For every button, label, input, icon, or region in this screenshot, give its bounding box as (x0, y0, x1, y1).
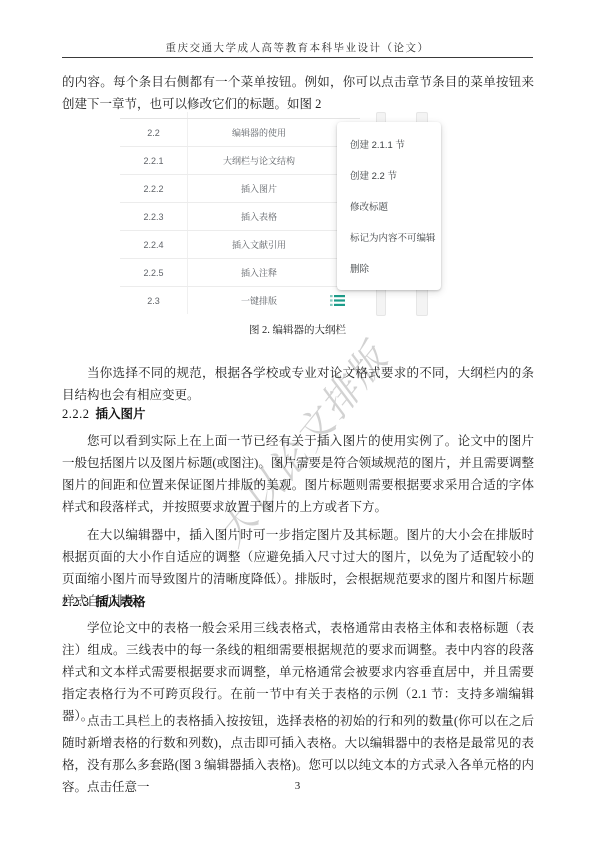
section-heading-223: 2.2.3插入表格 (62, 592, 534, 610)
outline-number: 2.2 (120, 119, 188, 146)
paragraph-intro: 的内容。每个条目右侧都有一个菜单按钮。例如，你可以点击章节条目的菜单按钮来创建下… (62, 71, 534, 115)
section-title: 插入图片 (96, 407, 146, 421)
document-page: 大以论文排版 重庆交通大学成人高等教育本科毕业设计（论文） 的内容。每个条目右侧… (0, 0, 595, 842)
section-number: 2.2.3 (62, 595, 90, 609)
header-title: 重庆交通大学成人高等教育本科毕业设计（论文） (0, 40, 595, 55)
outline-number: 2.2.3 (120, 203, 188, 230)
menu-item-create-section: 创建 2.2 节 (337, 168, 441, 182)
outline-row: 2.2.5 插入注释 (120, 259, 360, 287)
figure-outline-screenshot: 2.2 编辑器的使用 2.2.1 大纲栏与论文结构 2.2.2 插入图片 2.2… (118, 112, 490, 320)
outline-row: 2.2.2 插入图片 (120, 175, 360, 203)
figure-caption: 图 2. 编辑器的大纲栏 (0, 322, 595, 337)
outline-title: 插入注释 (188, 266, 330, 279)
menu-item-mark-readonly: 标记为内容不可编辑 (337, 230, 441, 244)
page-number: 3 (0, 780, 595, 792)
outline-title: 插入图片 (188, 182, 330, 195)
outline-row: 2.2.1 大纲栏与论文结构 (120, 147, 360, 175)
outline-row: 2.2 编辑器的使用 (120, 119, 360, 147)
menu-item-create-subsection: 创建 2.1.1 节 (337, 137, 441, 151)
outline-row: 2.3 一键排版 (120, 287, 360, 314)
outline-title: 插入文献引用 (188, 238, 330, 251)
menu-item-rename: 修改标题 (337, 199, 441, 213)
format-list-icon (330, 295, 360, 306)
context-menu: 创建 2.1.1 节 创建 2.2 节 修改标题 标记为内容不可编辑 删除 (337, 122, 441, 290)
outline-table: 2.2 编辑器的使用 2.2.1 大纲栏与论文结构 2.2.2 插入图片 2.2… (120, 112, 360, 314)
menu-item-delete: 删除 (337, 261, 441, 275)
outline-number: 2.2.5 (120, 259, 188, 286)
outline-number: 2.2.2 (120, 175, 188, 202)
outline-row: 2.2.3 插入表格 (120, 203, 360, 231)
paragraph: 当你选择不同的规范，根据各学校或专业对论文格式要求的不同，大纲栏内的条目结构也会… (62, 362, 534, 406)
outline-number: 2.3 (120, 287, 188, 314)
outline-row-partial (120, 112, 360, 119)
outline-title: 编辑器的使用 (188, 126, 330, 139)
section-title: 插入表格 (96, 595, 146, 609)
outline-number: 2.2.4 (120, 231, 188, 258)
header-rule (62, 57, 533, 58)
outline-title: 大纲栏与论文结构 (188, 154, 330, 167)
section-heading-222: 2.2.2插入图片 (62, 404, 534, 422)
section-number: 2.2.2 (62, 407, 90, 421)
outline-row: 2.2.4 插入文献引用 (120, 231, 360, 259)
paragraph: 您可以看到实际上在上面一节已经有关于插入图片的使用实例了。论文中的图片一般包括图… (62, 430, 534, 518)
outline-title: 一键排版 (188, 294, 330, 307)
outline-title: 插入表格 (188, 210, 330, 223)
outline-number: 2.2.1 (120, 147, 188, 174)
